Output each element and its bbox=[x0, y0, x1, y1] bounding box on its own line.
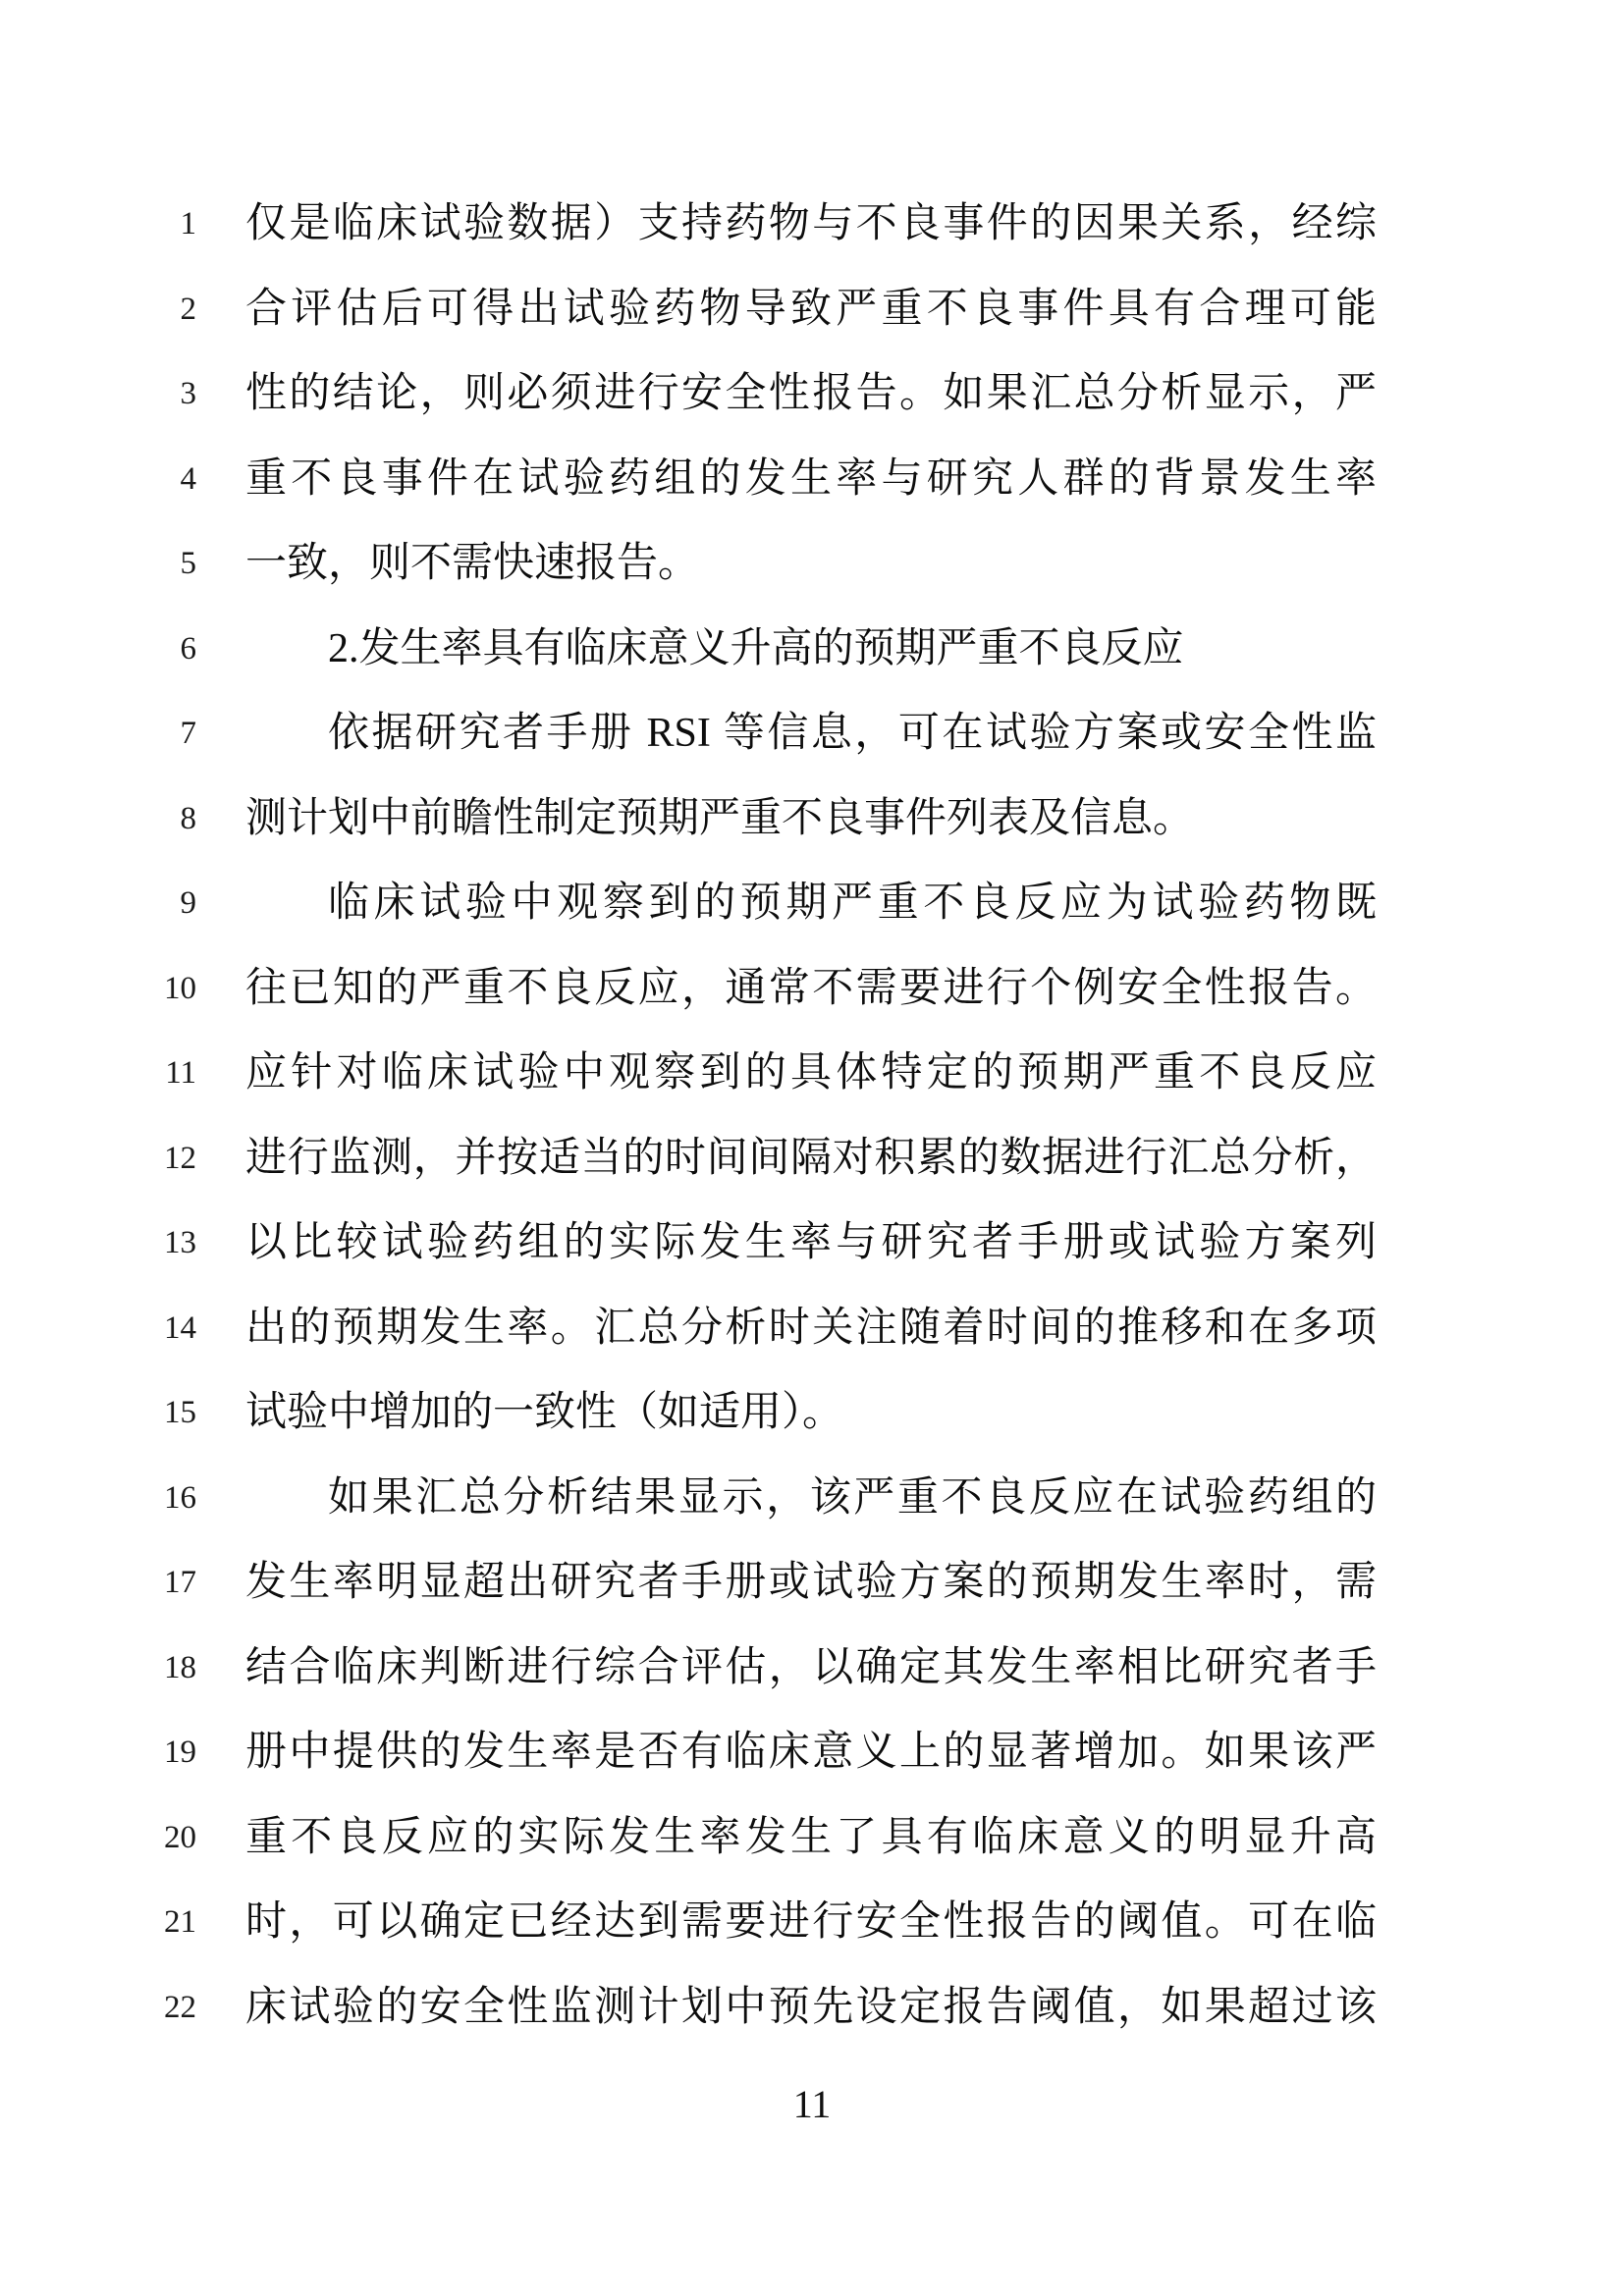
line-text: 重不良反应的实际发生率发生了具有临床意义的明显升高 bbox=[245, 1795, 1377, 1881]
line-text: 仅是临床试验数据）支持药物与不良事件的因果关系，经综 bbox=[245, 182, 1377, 267]
line-text: 合评估后可得出试验药物导致严重不良事件具有合理可能 bbox=[245, 267, 1377, 352]
line-number: 9 bbox=[94, 861, 196, 946]
document-line: 22床试验的安全性监测计划中预先设定报告阈值，如果超过该 bbox=[0, 1965, 1624, 2051]
text-column: 1仅是临床试验数据）支持药物与不良事件的因果关系，经综2合评估后可得出试验药物导… bbox=[0, 182, 1624, 2050]
line-number: 15 bbox=[94, 1370, 196, 1456]
line-number: 10 bbox=[94, 946, 196, 1032]
document-line: 7依据研究者手册 RSI 等信息，可在试验方案或安全性监 bbox=[0, 691, 1624, 776]
document-line: 8测计划中前瞻性制定预期严重不良事件列表及信息。 bbox=[0, 776, 1624, 862]
line-number: 19 bbox=[94, 1710, 196, 1795]
document-line: 1仅是临床试验数据）支持药物与不良事件的因果关系，经综 bbox=[0, 182, 1624, 267]
line-number: 14 bbox=[94, 1286, 196, 1371]
line-number: 7 bbox=[94, 691, 196, 776]
line-number: 13 bbox=[94, 1201, 196, 1286]
line-number: 17 bbox=[94, 1540, 196, 1626]
line-text: 重不良事件在试验药组的发生率与研究人群的背景发生率 bbox=[245, 437, 1377, 522]
document-page: 1仅是临床试验数据）支持药物与不良事件的因果关系，经综2合评估后可得出试验药物导… bbox=[0, 0, 1624, 2296]
line-number: 16 bbox=[94, 1456, 196, 1541]
page-number: 11 bbox=[0, 2081, 1624, 2127]
document-line: 11应针对临床试验中观察到的具体特定的预期严重不良反应 bbox=[0, 1031, 1624, 1116]
line-text: 临床试验中观察到的预期严重不良反应为试验药物既 bbox=[245, 861, 1377, 946]
document-line: 62.发生率具有临床意义升高的预期严重不良反应 bbox=[0, 607, 1624, 692]
line-number: 18 bbox=[94, 1626, 196, 1711]
line-number: 22 bbox=[94, 1965, 196, 2051]
line-text: 性的结论，则必须进行安全性报告。如果汇总分析显示，严 bbox=[245, 351, 1377, 437]
document-line: 18结合临床判断进行综合评估，以确定其发生率相比研究者手 bbox=[0, 1626, 1624, 1711]
document-line: 21时，可以确定已经达到需要进行安全性报告的阈值。可在临 bbox=[0, 1880, 1624, 1965]
line-text: 往已知的严重不良反应，通常不需要进行个例安全性报告。 bbox=[245, 946, 1377, 1032]
document-line: 12进行监测，并按适当的时间间隔对积累的数据进行汇总分析， bbox=[0, 1116, 1624, 1201]
line-text: 发生率明显超出研究者手册或试验方案的预期发生率时，需 bbox=[245, 1540, 1377, 1626]
document-line: 20重不良反应的实际发生率发生了具有临床意义的明显升高 bbox=[0, 1795, 1624, 1881]
line-text: 床试验的安全性监测计划中预先设定报告阈值，如果超过该 bbox=[245, 1965, 1377, 2051]
line-number: 1 bbox=[94, 182, 196, 267]
line-number: 6 bbox=[94, 607, 196, 692]
document-line: 2合评估后可得出试验药物导致严重不良事件具有合理可能 bbox=[0, 267, 1624, 352]
line-text: 出的预期发生率。汇总分析时关注随着时间的推移和在多项 bbox=[245, 1286, 1377, 1371]
document-line: 16如果汇总分析结果显示，该严重不良反应在试验药组的 bbox=[0, 1456, 1624, 1541]
line-text: 册中提供的发生率是否有临床意义上的显著增加。如果该严 bbox=[245, 1710, 1377, 1795]
line-number: 3 bbox=[94, 351, 196, 437]
line-number: 20 bbox=[94, 1795, 196, 1881]
document-line: 10往已知的严重不良反应，通常不需要进行个例安全性报告。 bbox=[0, 946, 1624, 1032]
line-number: 4 bbox=[94, 437, 196, 522]
line-text: 进行监测，并按适当的时间间隔对积累的数据进行汇总分析， bbox=[245, 1116, 1377, 1201]
line-text: 试验中增加的一致性（如适用）。 bbox=[245, 1370, 1377, 1456]
document-line: 14出的预期发生率。汇总分析时关注随着时间的推移和在多项 bbox=[0, 1286, 1624, 1371]
document-line: 17发生率明显超出研究者手册或试验方案的预期发生率时，需 bbox=[0, 1540, 1624, 1626]
line-text: 以比较试验药组的实际发生率与研究者手册或试验方案列 bbox=[245, 1201, 1377, 1286]
document-line: 15试验中增加的一致性（如适用）。 bbox=[0, 1370, 1624, 1456]
line-number: 2 bbox=[94, 267, 196, 352]
document-line: 3性的结论，则必须进行安全性报告。如果汇总分析显示，严 bbox=[0, 351, 1624, 437]
document-line: 13以比较试验药组的实际发生率与研究者手册或试验方案列 bbox=[0, 1201, 1624, 1286]
line-text: 依据研究者手册 RSI 等信息，可在试验方案或安全性监 bbox=[245, 691, 1377, 776]
line-text: 应针对临床试验中观察到的具体特定的预期严重不良反应 bbox=[245, 1031, 1377, 1116]
document-line: 4重不良事件在试验药组的发生率与研究人群的背景发生率 bbox=[0, 437, 1624, 522]
line-number: 21 bbox=[94, 1880, 196, 1965]
document-line: 19册中提供的发生率是否有临床意义上的显著增加。如果该严 bbox=[0, 1710, 1624, 1795]
document-line: 9临床试验中观察到的预期严重不良反应为试验药物既 bbox=[0, 861, 1624, 946]
line-text: 如果汇总分析结果显示，该严重不良反应在试验药组的 bbox=[245, 1456, 1377, 1541]
line-text: 一致，则不需快速报告。 bbox=[245, 521, 1377, 607]
document-line: 5一致，则不需快速报告。 bbox=[0, 521, 1624, 607]
line-number: 12 bbox=[94, 1116, 196, 1201]
line-text: 时，可以确定已经达到需要进行安全性报告的阈值。可在临 bbox=[245, 1880, 1377, 1965]
line-text: 测计划中前瞻性制定预期严重不良事件列表及信息。 bbox=[245, 776, 1377, 862]
line-number: 11 bbox=[94, 1031, 196, 1116]
line-number: 5 bbox=[94, 521, 196, 607]
line-number: 8 bbox=[94, 776, 196, 862]
line-text: 2.发生率具有临床意义升高的预期严重不良反应 bbox=[245, 607, 1377, 692]
line-text: 结合临床判断进行综合评估，以确定其发生率相比研究者手 bbox=[245, 1626, 1377, 1711]
